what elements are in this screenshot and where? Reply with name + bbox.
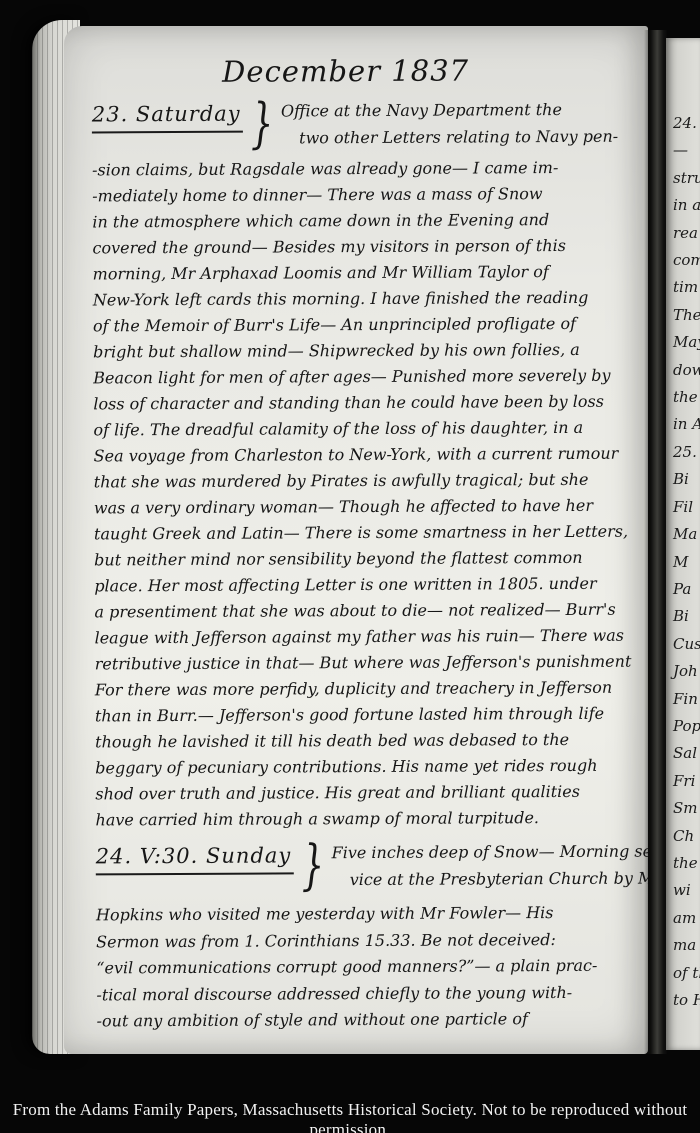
manuscript-line: Beacon light for men of after ages— Puni… [93, 363, 641, 392]
manuscript-line: retributive justice in that— But where w… [95, 649, 643, 678]
entry-24-head: 24. V:30. Sunday } Five inches deep of S… [96, 835, 644, 896]
entry-24-label: 24. V:30. Sunday [96, 836, 294, 875]
entry-brace-icon: } [301, 836, 324, 894]
manuscript-line: taught Greek and Latin— There is some sm… [94, 519, 642, 548]
next-page-fragment-line: Bi [673, 466, 700, 493]
next-page-fragment-line: Cus [673, 631, 700, 658]
next-page-strip: 24.—struin areacomtimTheMaydowthe Lin A2… [666, 38, 700, 1050]
manuscript-line: Hopkins who visited me yesterday with Mr… [96, 900, 644, 929]
next-page-fragment-line: Pop [673, 713, 700, 740]
entry-brace-icon: } [251, 94, 274, 152]
manuscript-line: of life. The dreadful calamity of the lo… [93, 415, 641, 444]
book-gutter [644, 30, 668, 1054]
manuscript-line: “evil communications corrupt good manner… [96, 953, 644, 982]
manuscript-line: in the atmosphere which came down in the… [92, 207, 640, 236]
manuscript-line: -tical moral discourse addressed chiefly… [96, 979, 644, 1008]
manuscript-line: two other Letters relating to Navy pen- [299, 123, 618, 152]
next-page-fragment-line: in a [673, 192, 700, 219]
manuscript-line: but neither mind nor sensibility beyond … [94, 545, 642, 574]
manuscript-line: beggary of pecuniary contributions. His … [95, 753, 643, 782]
next-page-fragment-line: Sm [673, 795, 700, 822]
entry-date-header: December 1837 [92, 53, 640, 90]
manuscript-text: December 1837 23. Saturday } Office at t… [91, 26, 644, 1035]
next-page-fragments: 24.—struin areacomtimTheMaydowthe Lin A2… [666, 38, 700, 1014]
manuscript-line: was a very ordinary woman— Though he aff… [94, 493, 642, 522]
next-page-fragment-line: M [673, 549, 700, 576]
manuscript-line: For there was more perfidy, duplicity an… [95, 675, 643, 704]
manuscript-line: bright but shallow mind— Shipwrecked by … [93, 337, 641, 366]
manuscript-line: Office at the Navy Department the [281, 96, 618, 125]
manuscript-line: that she was murdered by Pirates is awfu… [94, 467, 642, 496]
next-page-fragment-line: the [673, 850, 700, 877]
manuscript-line: loss of character and standing than he c… [93, 389, 641, 418]
next-page-fragment-line: rea [673, 220, 700, 247]
next-page-fragment-line: Fin [673, 686, 700, 713]
next-page-fragment-line: dow [673, 357, 700, 384]
next-page-fragment-line: Ch [673, 823, 700, 850]
next-page-fragment-line: am [673, 905, 700, 932]
entry-23-label: 23. Saturday [92, 95, 243, 134]
photo-stage: December 1837 23. Saturday } Office at t… [0, 0, 700, 1133]
diary-page: December 1837 23. Saturday } Office at t… [64, 26, 648, 1054]
next-page-fragment-line: Pa [673, 576, 700, 603]
manuscript-line: -sion claims, but Ragsdale was already g… [92, 155, 640, 184]
archive-caption: From the Adams Family Papers, Massachuse… [0, 1100, 700, 1133]
next-page-fragment-line: 24. [673, 110, 700, 137]
manuscript-line: have carried him through a swamp of mora… [95, 805, 643, 834]
manuscript-line: vice at the Presbyterian Church by Mr [350, 864, 648, 893]
next-page-fragment-line: The [673, 302, 700, 329]
next-page-fragment-line: in A [673, 411, 700, 438]
manuscript-line: Sermon was from 1. Corinthians 15.33. Be… [96, 926, 644, 955]
entry-23-head: 23. Saturday } Office at the Navy Depart… [92, 93, 640, 154]
next-page-fragment-line: Fri [673, 768, 700, 795]
entry-23-opening-lines: Office at the Navy Department thetwo oth… [281, 93, 618, 152]
next-page-fragment-line: May [673, 329, 700, 356]
next-page-fragment-line: Joh [673, 658, 700, 685]
manuscript-line: New-York left cards this morning. I have… [93, 285, 641, 314]
next-page-fragment-line: stru [673, 165, 700, 192]
manuscript-line: a presentiment that she was about to die… [94, 597, 642, 626]
next-page-fragment-line: the L [673, 384, 700, 411]
next-page-fragment-line: ma [673, 932, 700, 959]
next-page-fragment-line: — [673, 137, 700, 164]
manuscript-line: Sea voyage from Charleston to New-York, … [94, 441, 642, 470]
next-page-fragment-line: 25. [673, 439, 700, 466]
manuscript-line: -mediately home to dinner— There was a m… [92, 181, 640, 210]
entry-24-body-lines: Hopkins who visited me yesterday with Mr… [96, 900, 645, 1036]
manuscript-line: than in Burr.— Jefferson's good fortune … [95, 701, 643, 730]
next-page-fragment-line: to H [673, 987, 700, 1014]
manuscript-line: place. Her most affecting Letter is one … [94, 571, 642, 600]
next-page-fragment-line: Ma [673, 521, 700, 548]
next-page-fragment-line: tim [673, 274, 700, 301]
next-page-fragment-line: Bi [673, 603, 700, 630]
next-page-fragment-line: wi [673, 877, 700, 904]
entry-24-opening-lines: Five inches deep of Snow— Morning ser-vi… [332, 834, 648, 893]
manuscript-line: league with Jefferson against my father … [94, 623, 642, 652]
manuscript-line: though he lavished it till his death bed… [95, 727, 643, 756]
next-page-fragment-line: Fil [673, 494, 700, 521]
manuscript-line: -out any ambition of style and without o… [97, 1006, 645, 1035]
manuscript-line: Five inches deep of Snow— Morning ser- [332, 837, 648, 866]
manuscript-line: of the Memoir of Burr's Life— An unprinc… [93, 311, 641, 340]
manuscript-line: shod over truth and justice. His great a… [95, 779, 643, 808]
next-page-fragment-line: Sal [673, 740, 700, 767]
next-page-fragment-line: of th [673, 960, 700, 987]
manuscript-line: covered the ground— Besides my visitors … [92, 233, 640, 262]
manuscript-line: morning, Mr Arphaxad Loomis and Mr Willi… [93, 259, 641, 288]
entry-23-body-lines: -sion claims, but Ragsdale was already g… [92, 155, 644, 834]
next-page-fragment-line: com [673, 247, 700, 274]
